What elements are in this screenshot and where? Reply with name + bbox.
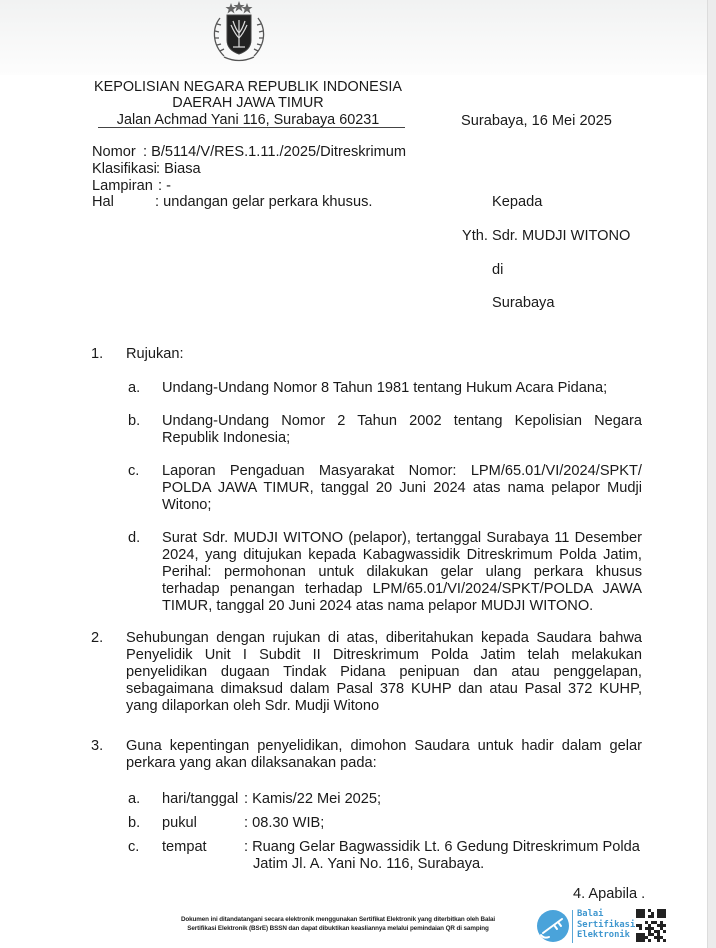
- bsre-line-1: Balai: [577, 909, 635, 920]
- meta-label-nomor: Nomor: [92, 144, 136, 161]
- recipient-name: Yth. Sdr. MUDJI WITONO: [462, 228, 630, 245]
- ref-d-text: Surat Sdr. MUDJI WITONO (pelapor), terta…: [162, 530, 642, 615]
- section-3-text: Guna kepentingan penyelidikan, dimohon S…: [126, 738, 642, 772]
- ref-a-text: Undang-Undang Nomor 8 Tahun 1981 tentang…: [162, 380, 642, 397]
- police-emblem-icon: [206, 0, 272, 64]
- ref-c-text: Laporan Pengaduan Masyarakat Nomor: LPM/…: [162, 463, 642, 514]
- meta-value-klasifikasi: : Biasa: [156, 161, 201, 178]
- scan-top-shading: [0, 0, 716, 75]
- ref-d-letter: d.: [128, 530, 140, 547]
- schedule-c-letter: c.: [128, 839, 139, 856]
- ref-b-text: Undang-Undang Nomor 2 Tahun 2002 tentang…: [162, 413, 642, 447]
- e-signature-note: Dokumen ini ditandatangani secara elektr…: [143, 915, 533, 933]
- schedule-a-label: hari/tanggal: [162, 791, 238, 808]
- ref-c-letter: c.: [128, 463, 139, 480]
- qr-code-icon[interactable]: [636, 909, 666, 942]
- meta-label-hal: Hal: [92, 194, 114, 211]
- meta-label-klasifikasi: Klasifikasi: [92, 161, 157, 178]
- schedule-c-value-line2: Jatim Jl. A. Yani No. 116, Surabaya.: [253, 856, 484, 873]
- schedule-c-label: tempat: [162, 839, 207, 856]
- recipient-city: Surabaya: [492, 295, 554, 312]
- bsre-line-3: Elektronik: [577, 930, 635, 941]
- schedule-a-value: : Kamis/22 Mei 2025;: [244, 791, 381, 808]
- date-place: Surabaya, 16 Mei 2025: [461, 113, 612, 130]
- ref-b-letter: b.: [128, 413, 140, 430]
- region-name: DAERAH JAWA TIMUR: [84, 95, 412, 111]
- schedule-b-value: : 08.30 WIB;: [244, 815, 324, 832]
- e-signature-note-line1: Dokumen ini ditandatangani secara elektr…: [143, 915, 533, 924]
- bsre-logo-icon: [536, 909, 570, 943]
- recipient-kepada: Kepada: [492, 194, 542, 211]
- meta-value-nomor: : B/5114/V/RES.1.11./2025/Ditreskrimum: [143, 144, 406, 161]
- section-1-number: 1.: [91, 346, 103, 363]
- section-1-title: Rujukan:: [126, 346, 184, 363]
- meta-value-lampiran: : -: [158, 178, 171, 195]
- bsre-divider: [572, 910, 573, 943]
- institution-address: Jalan Achmad Yani 116, Surabaya 60231: [84, 112, 412, 128]
- page-continuation: 4. Apabila .: [573, 886, 645, 903]
- schedule-b-label: pukul: [162, 815, 197, 832]
- meta-label-lampiran: Lampiran: [92, 178, 153, 195]
- bsre-line-2: Sertifikasi: [577, 920, 635, 931]
- recipient-di: di: [492, 262, 503, 279]
- viewer-scrollbar[interactable]: [707, 0, 716, 948]
- schedule-b-letter: b.: [128, 815, 140, 832]
- section-2-number: 2.: [91, 630, 103, 647]
- bsre-wordmark: Balai Sertifikasi Elektronik: [577, 909, 635, 941]
- schedule-a-letter: a.: [128, 791, 140, 808]
- ref-a-letter: a.: [128, 380, 140, 397]
- institution-name: KEPOLISIAN NEGARA REPUBLIK INDONESIA: [84, 79, 412, 95]
- header-divider: [98, 127, 405, 128]
- e-signature-note-line2: Sertifikasi Elektronik (BSrE) BSSN dan d…: [143, 924, 533, 933]
- schedule-c-value: : Ruang Gelar Bagwassidik Lt. 6 Gedung D…: [244, 839, 640, 856]
- section-2-text: Sehubungan dengan rujukan di atas, diber…: [126, 630, 642, 715]
- meta-value-hal: : undangan gelar perkara khusus.: [155, 194, 372, 211]
- section-3-number: 3.: [91, 738, 103, 755]
